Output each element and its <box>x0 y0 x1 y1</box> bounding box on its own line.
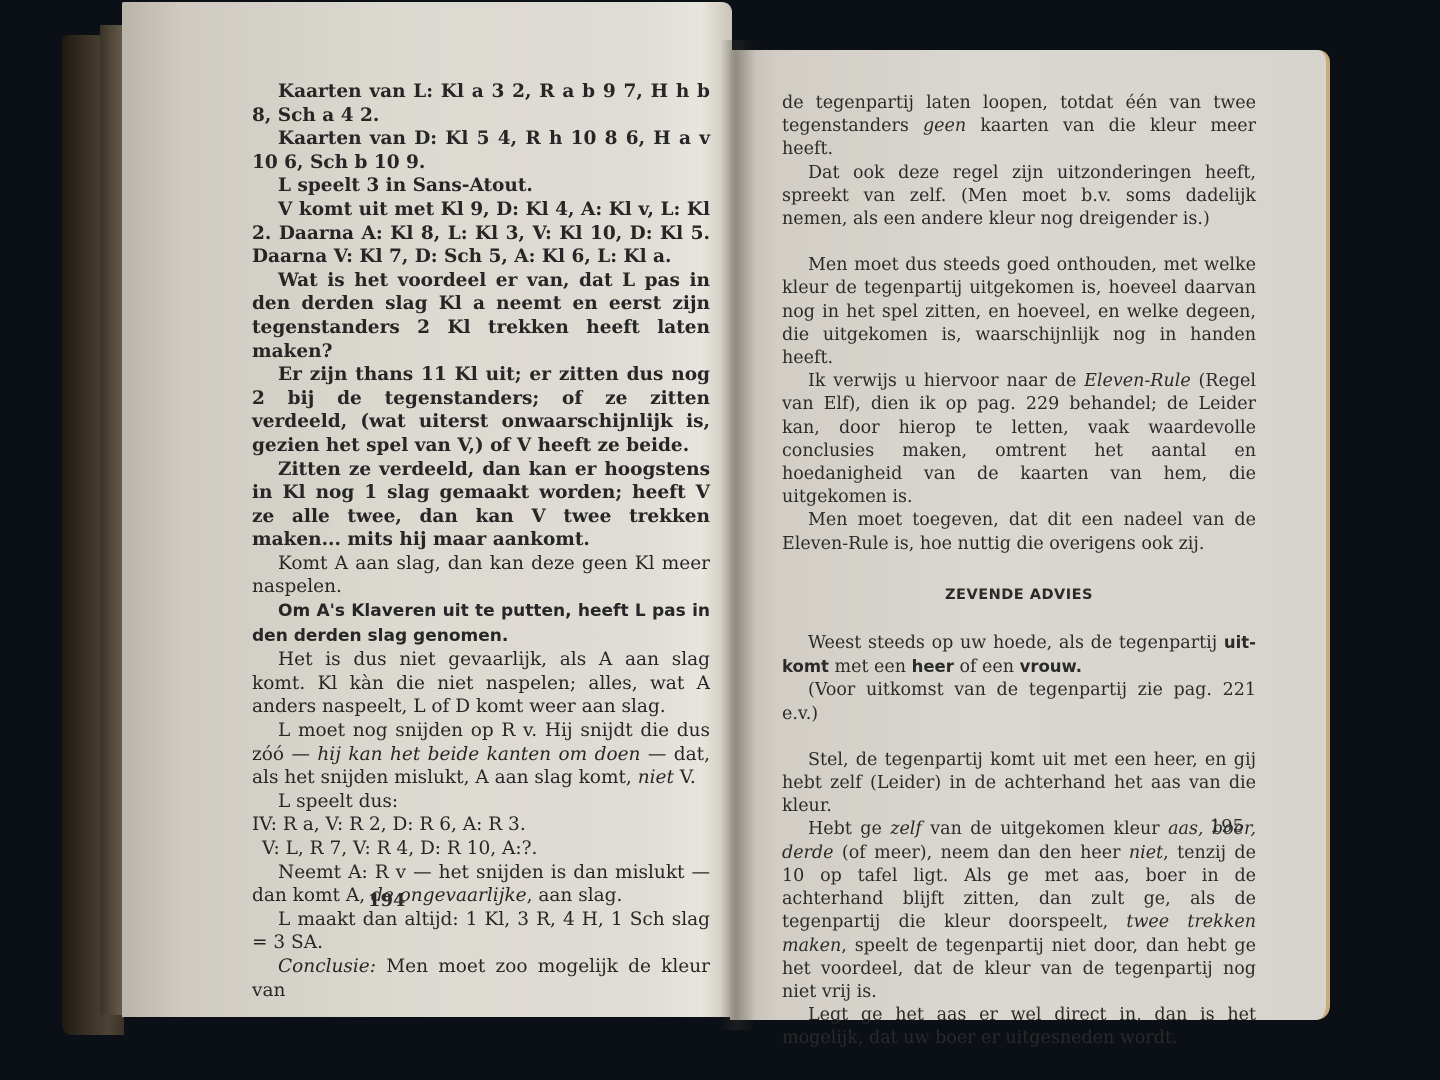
paragraph: Men moet toegeven, dat dit een nadeel va… <box>782 509 1256 555</box>
italic-run: Conclusie: <box>278 956 376 977</box>
paragraph: L moet nog snijden op R v. Hij snijdt di… <box>252 719 710 790</box>
right-page: de tegenpartij laten loopen, totdat één … <box>730 50 1330 1020</box>
text-run: met een <box>829 657 912 677</box>
page-number: 194 <box>368 890 406 911</box>
paragraph: Kaarten van D: Kl 5 4, R h 10 8 6, H a v… <box>252 127 710 174</box>
paragraph: L speelt 3 in Sans-Atout. <box>252 174 710 198</box>
bold-run: heer <box>912 657 954 676</box>
paragraph: V komt uit met Kl 9, D: Kl 4, A: Kl v, L… <box>252 198 710 269</box>
page-number: 195 <box>1210 816 1244 837</box>
section-heading: ZEVENDE ADVIES <box>782 584 1256 607</box>
left-page-body: Kaarten van L: Kl a 3 2, R a b 9 7, H h … <box>252 80 710 1002</box>
text-run: of een <box>954 657 1020 677</box>
bold-run: vrouw. <box>1020 657 1082 676</box>
paragraph: Neemt A: R v — het snijden is dan misluk… <box>252 861 710 908</box>
paragraph: Er zijn thans 11 Kl uit; er zitten dus n… <box>252 363 710 457</box>
paragraph: L maakt dan altijd: 1 Kl, 3 R, 4 H, 1 Sc… <box>252 908 710 955</box>
text-run: Ik verwijs u hiervoor naar de <box>808 371 1084 391</box>
text-run: Hebt ge <box>808 819 890 839</box>
text-run: Weest steeds op uw hoede, als de tegenpa… <box>808 633 1224 653</box>
paragraph: Men moet dus steeds goed onthouden, met … <box>782 254 1256 370</box>
paragraph: Kaarten van L: Kl a 3 2, R a b 9 7, H h … <box>252 80 710 127</box>
play-line: V: L, R 7, V: R 4, D: R 10, A:?. <box>252 837 710 861</box>
text-run: , speelt de tegenpartij niet door, dan h… <box>782 936 1256 1002</box>
text-run: V. <box>674 767 696 788</box>
page-stack-edge <box>100 25 124 1015</box>
paragraph: Komt A aan slag, dan kan deze geen Kl me… <box>252 552 710 599</box>
play-line: IV: R a, V: R 2, D: R 6, A: R 3. <box>252 813 710 837</box>
paragraph: Legt ge het aas er wel direct in, dan is… <box>782 1004 1256 1050</box>
italic-run: zelf <box>890 819 922 839</box>
paragraph: de tegenpartij laten loopen, totdat één … <box>782 92 1256 162</box>
paragraph: Zitten ze verdeeld, dan kan er hoogstens… <box>252 458 710 552</box>
paragraph: Dat ook deze regel zijn uitzonderingen h… <box>782 162 1256 232</box>
paragraph: Stel, de tegenpartij komt uit met een he… <box>782 749 1256 819</box>
text-run: van de uitgekomen kleur <box>922 819 1168 839</box>
paragraph: (Voor uitkomst van de tegenpartij zie pa… <box>782 679 1256 725</box>
italic-run: geen <box>923 116 966 136</box>
paragraph: Ik verwijs u hiervoor naar de Eleven-Rul… <box>782 370 1256 509</box>
italic-run: niet <box>1129 843 1163 863</box>
paragraph-emphasis: Om A's Klaveren uit te putten, heeft L p… <box>252 599 710 648</box>
bold-conclusion: Om A's Klaveren uit te putten, heeft L p… <box>252 601 710 646</box>
italic-run: Eleven-Rule <box>1084 371 1191 391</box>
text-run: , aan slag. <box>527 885 623 906</box>
left-page: Kaarten van L: Kl a 3 2, R a b 9 7, H h … <box>122 2 732 1017</box>
paragraph: Conclusie: Men moet zoo mogelijk de kleu… <box>252 955 710 1002</box>
paragraph: L speelt dus: <box>252 790 710 814</box>
italic-run: niet <box>638 767 674 788</box>
italic-run: — hij kan het beide kanten om doen — <box>291 744 666 765</box>
text-run: (Regel van Elf), dien ik op pag. 229 beh… <box>782 371 1256 507</box>
paragraph: Weest steeds op uw hoede, als de tegenpa… <box>782 631 1256 679</box>
paragraph: Het is dus niet gevaarlijk, als A aan sl… <box>252 648 710 719</box>
text-run: (of meer), neem dan den heer <box>833 843 1128 863</box>
paragraph: Wat is het voordeel er van, dat L pas in… <box>252 269 710 363</box>
right-page-body: de tegenpartij laten loopen, totdat één … <box>782 92 1256 1051</box>
paragraph: Hebt ge zelf van de uitgekomen kleur aas… <box>782 818 1256 1004</box>
